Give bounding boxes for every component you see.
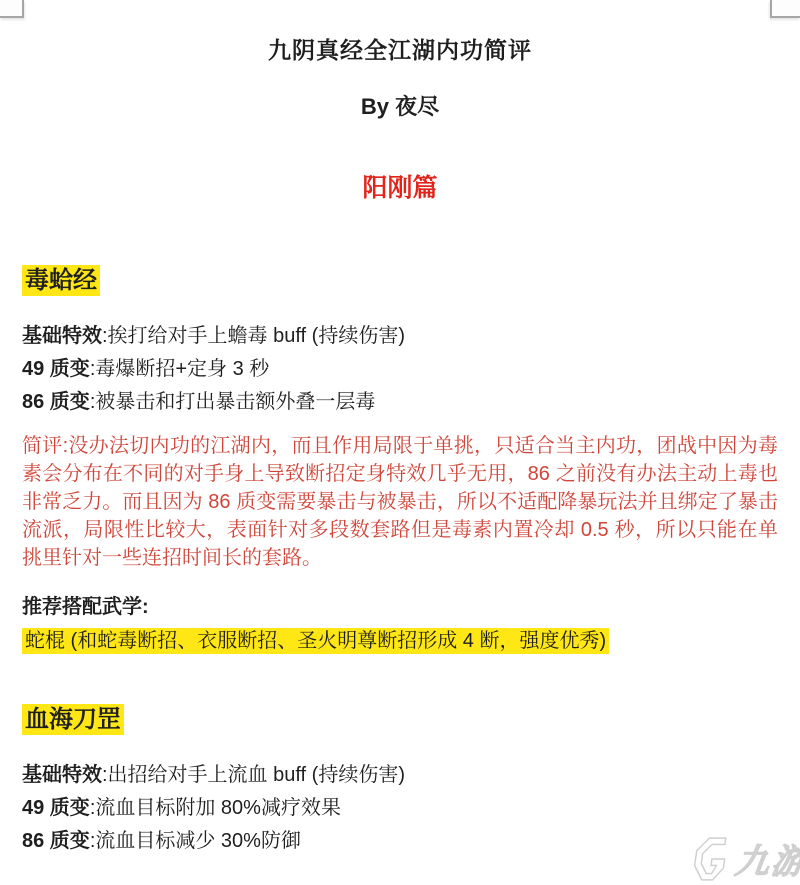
stat-text: :流血目标减少 30%防御 — [90, 830, 301, 852]
stat-text: :出招给对手上流血 buff (持续伤害) — [102, 764, 405, 786]
section-xue-hai-dao-gang: 血海刀罡 基础特效:出招给对手上流血 buff (持续伤害) 49 质变:流血目… — [22, 705, 778, 853]
recommend-highlight: 蛇棍 (和蛇毒断招、衣服断招、圣火明尊断招形成 4 断，强度优秀) — [22, 628, 609, 654]
skill-name-highlight: 毒蛤经 — [22, 265, 100, 296]
document-page: 九阴真经全江湖内功简评 By 夜尽 阳刚篇 毒蛤经 基础特效:挨打给对手上蟾毒 … — [0, 0, 800, 885]
stat-text: :毒爆断招+定身 3 秒 — [90, 358, 269, 380]
stat-label: 49 质变 — [22, 797, 90, 819]
stat-label: 86 质变 — [22, 391, 90, 413]
stat-line: 基础特效:出招给对手上流血 buff (持续伤害) — [22, 763, 778, 787]
window-corner-top-right — [770, 0, 800, 18]
stat-line: 86 质变:流血目标减少 30%防御 — [22, 829, 778, 853]
document-content: 九阴真经全江湖内功简评 By 夜尽 阳刚篇 毒蛤经 基础特效:挨打给对手上蟾毒 … — [0, 34, 800, 853]
part-title: 阳刚篇 — [22, 172, 778, 204]
comment-paragraph: 简评:没办法切内功的江湖内，而且作用局限于单挑，只适合当主内功，团战中因为毒素会… — [22, 432, 778, 572]
stat-label: 86 质变 — [22, 830, 90, 852]
skill-name-highlight: 血海刀罡 — [22, 704, 124, 735]
page-title: 九阴真经全江湖内功简评 — [22, 34, 778, 66]
skill-heading: 毒蛤经 — [22, 266, 778, 296]
stat-label: 49 质变 — [22, 358, 90, 380]
stat-line: 86 质变:被暴击和打出暴击额外叠一层毒 — [22, 390, 778, 414]
byline: By 夜尽 — [22, 92, 778, 122]
stat-text: :被暴击和打出暴击额外叠一层毒 — [90, 391, 376, 413]
stat-line: 49 质变:毒爆断招+定身 3 秒 — [22, 357, 778, 381]
stat-label: 基础特效 — [22, 764, 102, 786]
recommend-label: 推荐搭配武学: — [22, 594, 778, 620]
stat-text: :流血目标附加 80%减疗效果 — [90, 797, 341, 819]
skill-heading: 血海刀罡 — [22, 705, 778, 735]
window-corner-top-left — [0, 0, 24, 18]
stat-label: 基础特效 — [22, 325, 102, 347]
recommend-line: 蛇棍 (和蛇毒断招、衣服断招、圣火明尊断招形成 4 断，强度优秀) — [22, 627, 778, 655]
stat-line: 49 质变:流血目标附加 80%减疗效果 — [22, 796, 778, 820]
stat-line: 基础特效:挨打给对手上蟾毒 buff (持续伤害) — [22, 324, 778, 348]
stat-text: :挨打给对手上蟾毒 buff (持续伤害) — [102, 325, 405, 347]
section-du-ha-jing: 毒蛤经 基础特效:挨打给对手上蟾毒 buff (持续伤害) 49 质变:毒爆断招… — [22, 266, 778, 655]
